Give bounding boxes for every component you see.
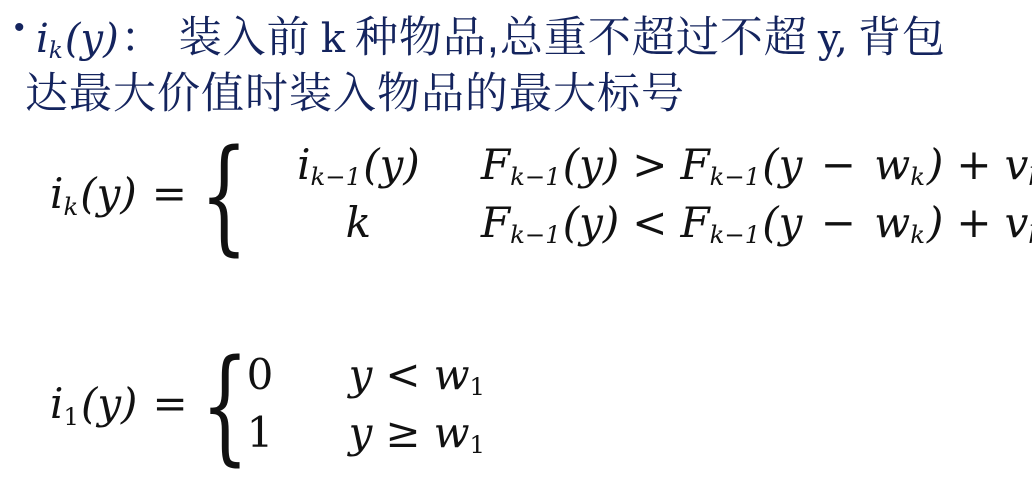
math-args: (y) [81, 379, 138, 428]
less-than-sign: < [632, 198, 667, 247]
math-subscript: k [1028, 220, 1032, 249]
math-var: i [50, 169, 63, 218]
math-args: (y) [65, 16, 119, 62]
math-args: ) [927, 198, 943, 247]
left-brace: { [213, 133, 235, 257]
case-condition: Fk−1(y)>Fk−1(y − wk)+vk [481, 140, 1032, 191]
math-subscript: k−1 [710, 220, 761, 249]
math-var: F [481, 140, 510, 189]
title-text-segment: 总重不超过不超 [500, 4, 808, 65]
math-var: F [680, 198, 709, 247]
case-row: k Fk−1(y)<Fk−1(y − wk)+vk [246, 198, 1032, 250]
case-value: k [246, 198, 471, 247]
math-args: (y) [563, 198, 620, 247]
math-subscript: k [63, 192, 78, 221]
title-math-term: ik(y) [36, 16, 119, 64]
title-line-2: 达最大价值时装入物品的最大标号 [25, 60, 1024, 121]
math-subscript: 1 [470, 430, 486, 459]
title-text-segment: 种物品, [355, 4, 500, 65]
math-subscript: k [910, 162, 925, 191]
formula-ik-cases: ik−1(y) Fk−1(y)>Fk−1(y − wk)+vk k Fk−1(y… [246, 140, 1032, 250]
math-var: i [297, 140, 310, 189]
math-args: (y) [363, 140, 420, 189]
case-value: ik−1(y) [246, 140, 471, 191]
equals-sign: = [152, 169, 187, 218]
title-text-segment: 装入前 [179, 4, 311, 65]
math-args: (y) [563, 140, 620, 189]
formula-i1-lhs: i1(y)= [50, 379, 203, 430]
math-var: y [349, 408, 373, 457]
math-args: (y) [80, 169, 137, 218]
math-args: ) [927, 140, 943, 189]
math-subscript: k−1 [311, 162, 362, 191]
math-var: w [434, 408, 470, 457]
math-subscript: k [910, 220, 925, 249]
math-var: y [349, 350, 373, 399]
math-var: w [434, 350, 470, 399]
math-args: (y − w [762, 198, 910, 247]
greater-equal-sign: ≥ [385, 408, 420, 457]
math-var: v [1005, 198, 1029, 247]
case-value: 0 [247, 350, 309, 399]
slide: • ik(y) ： 装入前 k 种物品, 总重不超过不超 y, 背包 达最大价值… [0, 0, 1032, 497]
less-than-sign: < [385, 350, 420, 399]
math-subscript: k−1 [510, 220, 561, 249]
title-latin-y: y, [818, 16, 848, 62]
case-row: 1 y≥w1 [247, 408, 487, 460]
case-condition: y<w1 [349, 350, 487, 401]
math-subscript: k [1028, 162, 1032, 191]
left-brace: { [213, 343, 235, 467]
title-latin-k: k [321, 16, 345, 62]
math-var: F [680, 140, 709, 189]
formula-ik: ik(y)= { ik−1(y) Fk−1(y)>Fk−1(y − wk)+vk… [50, 134, 1032, 256]
formula-i1: i1(y)= { 0 y<w1 1 y≥w1 [50, 344, 487, 466]
math-var: F [481, 198, 510, 247]
math-var: v [1005, 140, 1029, 189]
math-var: k [346, 198, 371, 247]
math-subscript: 1 [470, 372, 486, 401]
plus-sign: + [956, 140, 991, 189]
math-subscript: k−1 [510, 162, 561, 191]
title-colon: ： [121, 5, 163, 65]
math-args: (y − w [762, 140, 910, 189]
title-block: • ik(y) ： 装入前 k 种物品, 总重不超过不超 y, 背包 达最大价值… [14, 4, 1024, 121]
case-row: ik−1(y) Fk−1(y)>Fk−1(y − wk)+vk [246, 140, 1032, 192]
title-text-segment: 背包 [858, 4, 946, 65]
math-var: i [50, 379, 63, 428]
case-condition: y≥w1 [349, 408, 487, 459]
equals-sign: = [152, 379, 187, 428]
bullet-icon: • [14, 11, 36, 45]
case-value: 1 [247, 408, 309, 457]
math-var: i [36, 16, 49, 62]
formula-ik-lhs: ik(y)= [50, 169, 202, 220]
case-condition: Fk−1(y)<Fk−1(y − wk)+vk [481, 198, 1032, 249]
formula-i1-cases: 0 y<w1 1 y≥w1 [247, 350, 487, 460]
case-row: 0 y<w1 [247, 350, 487, 402]
greater-than-sign: > [632, 140, 667, 189]
plus-sign: + [956, 198, 991, 247]
title-line-1: • ik(y) ： 装入前 k 种物品, 总重不超过不超 y, 背包 [14, 4, 1024, 58]
math-subscript: k−1 [710, 162, 761, 191]
math-subscript: 1 [63, 402, 79, 431]
